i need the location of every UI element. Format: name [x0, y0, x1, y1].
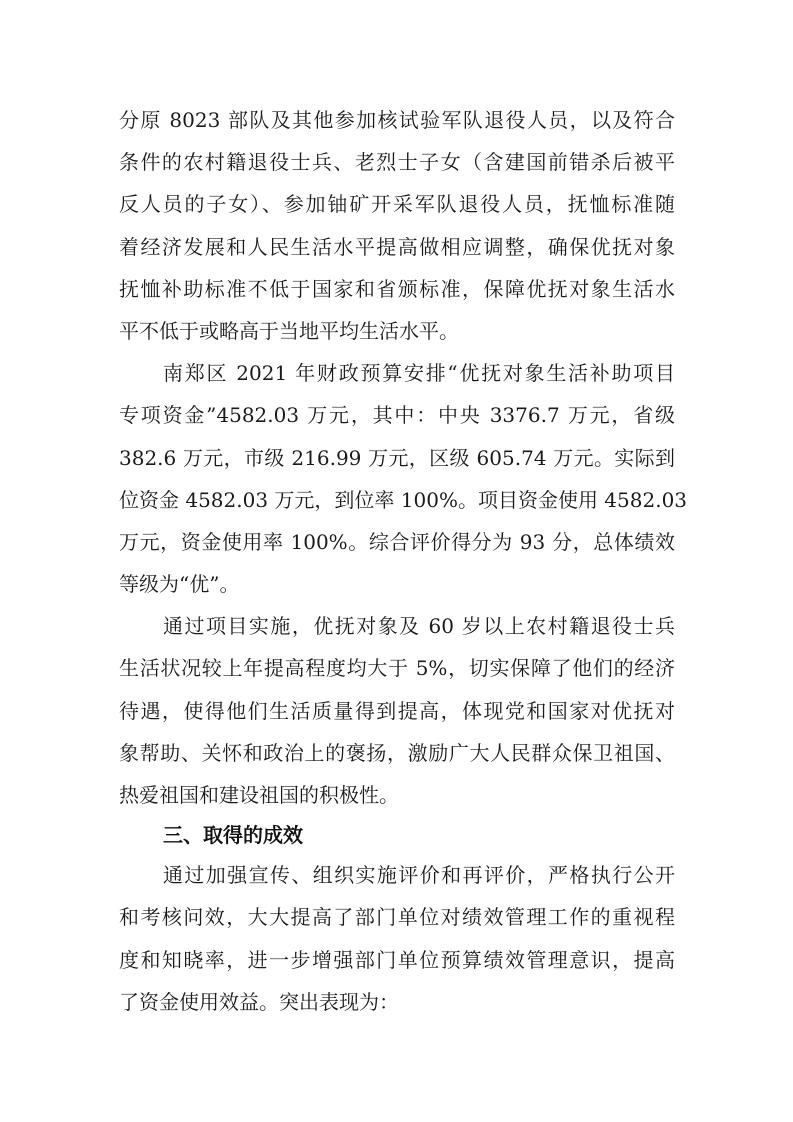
text-line: 生活状况较上年提高程度均大于 5%，切实保障了他们的经济: [119, 647, 675, 689]
text-line: 度和知晓率，进一步增强部门单位预算绩效管理意识，提高: [119, 939, 675, 981]
text-line: 着经济发展和人民生活水平提高做相应调整，确保优抚对象: [119, 226, 675, 268]
text-line: 位资金 4582.03 万元，到位率 100%。项目资金使用 4582.03: [119, 479, 675, 521]
text-line: 等级为“优”。: [119, 563, 675, 605]
text-line: 热爱祖国和建设祖国的积极性。: [119, 774, 675, 816]
text-line: 南郑区 2021 年财政预算安排“优抚对象生活补助项目: [119, 352, 675, 394]
text-line: 象帮助、关怀和政治上的褒扬，激励广大人民群众保卫祖国、: [119, 732, 675, 774]
text-line: 抚恤补助标准不低于国家和省颁标准，保障优抚对象生活水: [119, 268, 675, 310]
text-line: 专项资金”4582.03 万元，其中：中央 3376.7 万元，省级: [119, 394, 675, 436]
text-line: 反人员的子女）、参加铀矿开采军队退役人员，抚恤标准随: [119, 183, 675, 225]
text-line: 了资金使用效益。突出表现为：: [119, 981, 675, 1023]
text-line: 通过加强宣传、组织实施评价和再评价，严格执行公开: [119, 854, 675, 896]
paragraph-continuation: 分原 8023 部队及其他参加核试验军队退役人员，以及符合 条件的农村籍退役士兵…: [119, 99, 675, 352]
text-line: 分原 8023 部队及其他参加核试验军队退役人员，以及符合: [119, 99, 675, 141]
section-heading: 三、取得的成效: [119, 816, 675, 854]
text-line: 待遇，使得他们生活质量得到提高，体现党和国家对优抚对: [119, 690, 675, 732]
text-line: 通过项目实施，优抚对象及 60 岁以上农村籍退役士兵: [119, 605, 675, 647]
document-page: 分原 8023 部队及其他参加核试验军队退役人员，以及符合 条件的农村籍退役士兵…: [119, 99, 675, 1023]
text-line: 382.6 万元，市级 216.99 万元，区级 605.74 万元。实际到: [119, 437, 675, 479]
paragraph-implementation: 通过项目实施，优抚对象及 60 岁以上农村籍退役士兵 生活状况较上年提高程度均大…: [119, 605, 675, 816]
text-line: 万元，资金使用率 100%。综合评价得分为 93 分，总体绩效: [119, 521, 675, 563]
text-line: 条件的农村籍退役士兵、老烈士子女（含建国前错杀后被平: [119, 141, 675, 183]
text-line: 和考核问效，大大提高了部门单位对绩效管理工作的重视程: [119, 896, 675, 938]
text-line: 平不低于或略高于当地平均生活水平。: [119, 310, 675, 352]
paragraph-budget: 南郑区 2021 年财政预算安排“优抚对象生活补助项目 专项资金”4582.03…: [119, 352, 675, 605]
paragraph-results: 通过加强宣传、组织实施评价和再评价，严格执行公开 和考核问效，大大提高了部门单位…: [119, 854, 675, 1023]
